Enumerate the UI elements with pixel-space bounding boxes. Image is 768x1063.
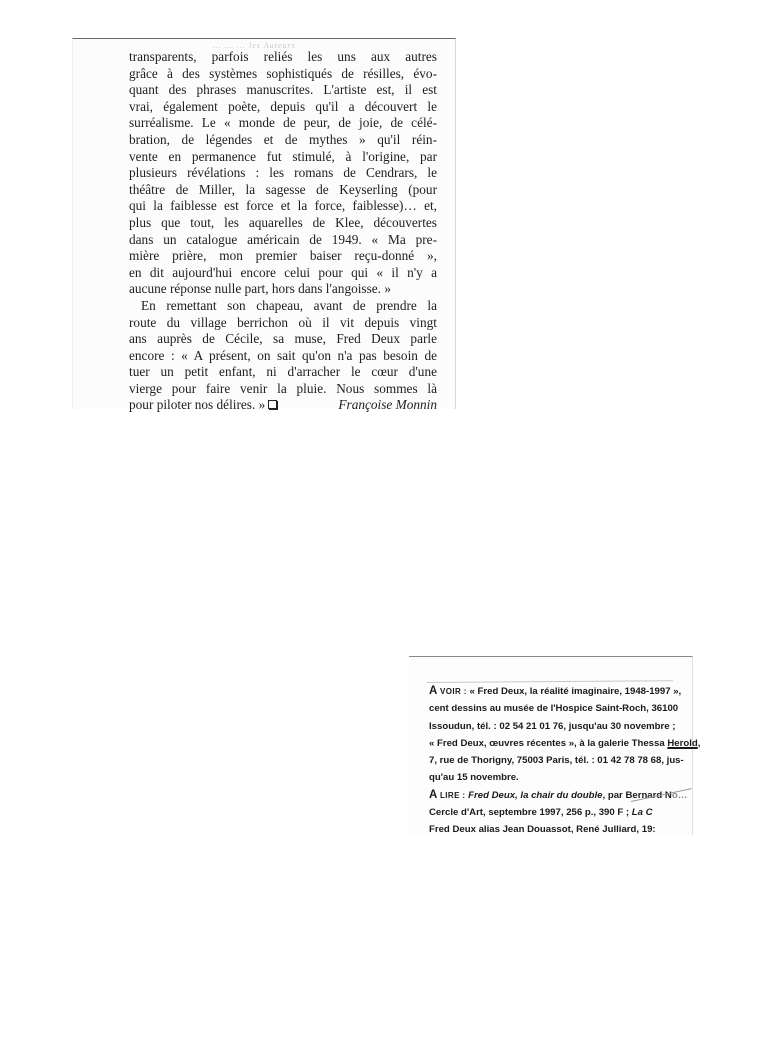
text-line: Cercle d'Art, septembre 1997, 256 p., 39… <box>429 807 632 818</box>
book-title: La C <box>632 807 653 818</box>
text-line: bration, de légendes et de mythes » qu'i… <box>129 132 437 149</box>
text-line: ans auprès de Cécile, sa muse, Fred Deux… <box>129 331 437 348</box>
text-line: En remettant son chapeau, avant de prend… <box>129 298 437 315</box>
closing-line: pour piloter nos délires. » <box>129 397 277 414</box>
text-line: cent dessins au musée de l'Hospice Saint… <box>429 700 691 717</box>
lire-label-initial: A <box>429 789 437 801</box>
voir-line-4: « Fred Deux, œuvres récentes », à la gal… <box>429 735 691 752</box>
text-line: , <box>698 738 701 749</box>
article-clipping: ... ... ... les Auteurs transparents, pa… <box>72 38 456 409</box>
text-line: plus que tout, les aquarelles de Klee, d… <box>129 215 437 232</box>
text-line: « Fred Deux, œuvres récentes », à la gal… <box>429 738 667 749</box>
text-line: « Fred Deux, la réalité imaginaire, 1948… <box>467 686 681 697</box>
lire-label: LIRE : <box>440 791 466 800</box>
info-block: A VOIR : « Fred Deux, la réalité imagina… <box>429 683 691 839</box>
text-line: Issoudun, tél. : 02 54 21 01 76, jusqu'a… <box>429 718 691 735</box>
text-line: qu'au 15 novembre. <box>429 769 691 786</box>
text-line: 7, rue de Thorigny, 75003 Paris, tél. : … <box>429 752 691 769</box>
text-line: mière prière, mon premier baiser reçu-do… <box>129 248 437 265</box>
text-line: tuer un petit enfant, ni d'arracher le c… <box>129 364 437 381</box>
text-line: transparents, parfois reliés les uns aux… <box>129 49 437 66</box>
voir-line-1: A VOIR : « Fred Deux, la réalité imagina… <box>429 683 691 700</box>
ghost-header-text: ... ... ... les Auteurs <box>213 41 413 49</box>
text-line: quant des phrases manuscrites. L'artiste… <box>129 82 437 99</box>
text-line: encore : « A présent, on sait qu'on n'a … <box>129 348 437 365</box>
lire-line-2: Cercle d'Art, septembre 1997, 256 p., 39… <box>429 804 691 821</box>
paragraph-2: En remettant son chapeau, avant de prend… <box>129 298 437 414</box>
info-clipping: A VOIR : « Fred Deux, la réalité imagina… <box>409 656 693 835</box>
text-line: grâce à des systèmes sophistiqués de rés… <box>129 66 437 83</box>
text-line: route du village berrichon où il vit dep… <box>129 315 437 332</box>
paragraph-1: transparents, parfois reliés les uns aux… <box>129 49 437 298</box>
text-line: en dit aujourd'hui encore celui pour qui… <box>129 265 437 282</box>
text-line: vente en permanence fut stimulé, à l'ori… <box>129 149 437 166</box>
article-body: transparents, parfois reliés les uns aux… <box>129 49 437 414</box>
text-line: Fred Deux alias Jean Douassot, René Jull… <box>429 821 691 838</box>
author-signature: Françoise Monnin <box>338 397 437 414</box>
text-line: aucune réponse nulle part, hors dans l'a… <box>129 281 437 298</box>
voir-label-initial: A <box>429 685 437 697</box>
box-icon <box>268 400 277 409</box>
underlined-name: Herold <box>667 738 697 749</box>
text-line: qui la faiblesse est force et la force, … <box>129 198 437 215</box>
text-line: vierge pour faire venir la pluie. Nous s… <box>129 381 437 398</box>
text-line: dans un catalogue américain de 1949. « M… <box>129 232 437 249</box>
book-title: Fred Deux, la chair du double <box>468 790 602 801</box>
text-line: plusieurs révélations : les romans de Ce… <box>129 165 437 182</box>
text-line: pour piloter nos délires. » <box>129 397 265 412</box>
signature-row: pour piloter nos délires. » Françoise Mo… <box>129 397 437 414</box>
text-line: théâtre de Miller, la sagesse de Keyserl… <box>129 182 437 199</box>
voir-label: VOIR : <box>440 687 467 696</box>
text-line: vrai, également poète, depuis qu'il a dé… <box>129 99 437 116</box>
text-line: surréalisme. Le « monde de peur, de joie… <box>129 115 437 132</box>
